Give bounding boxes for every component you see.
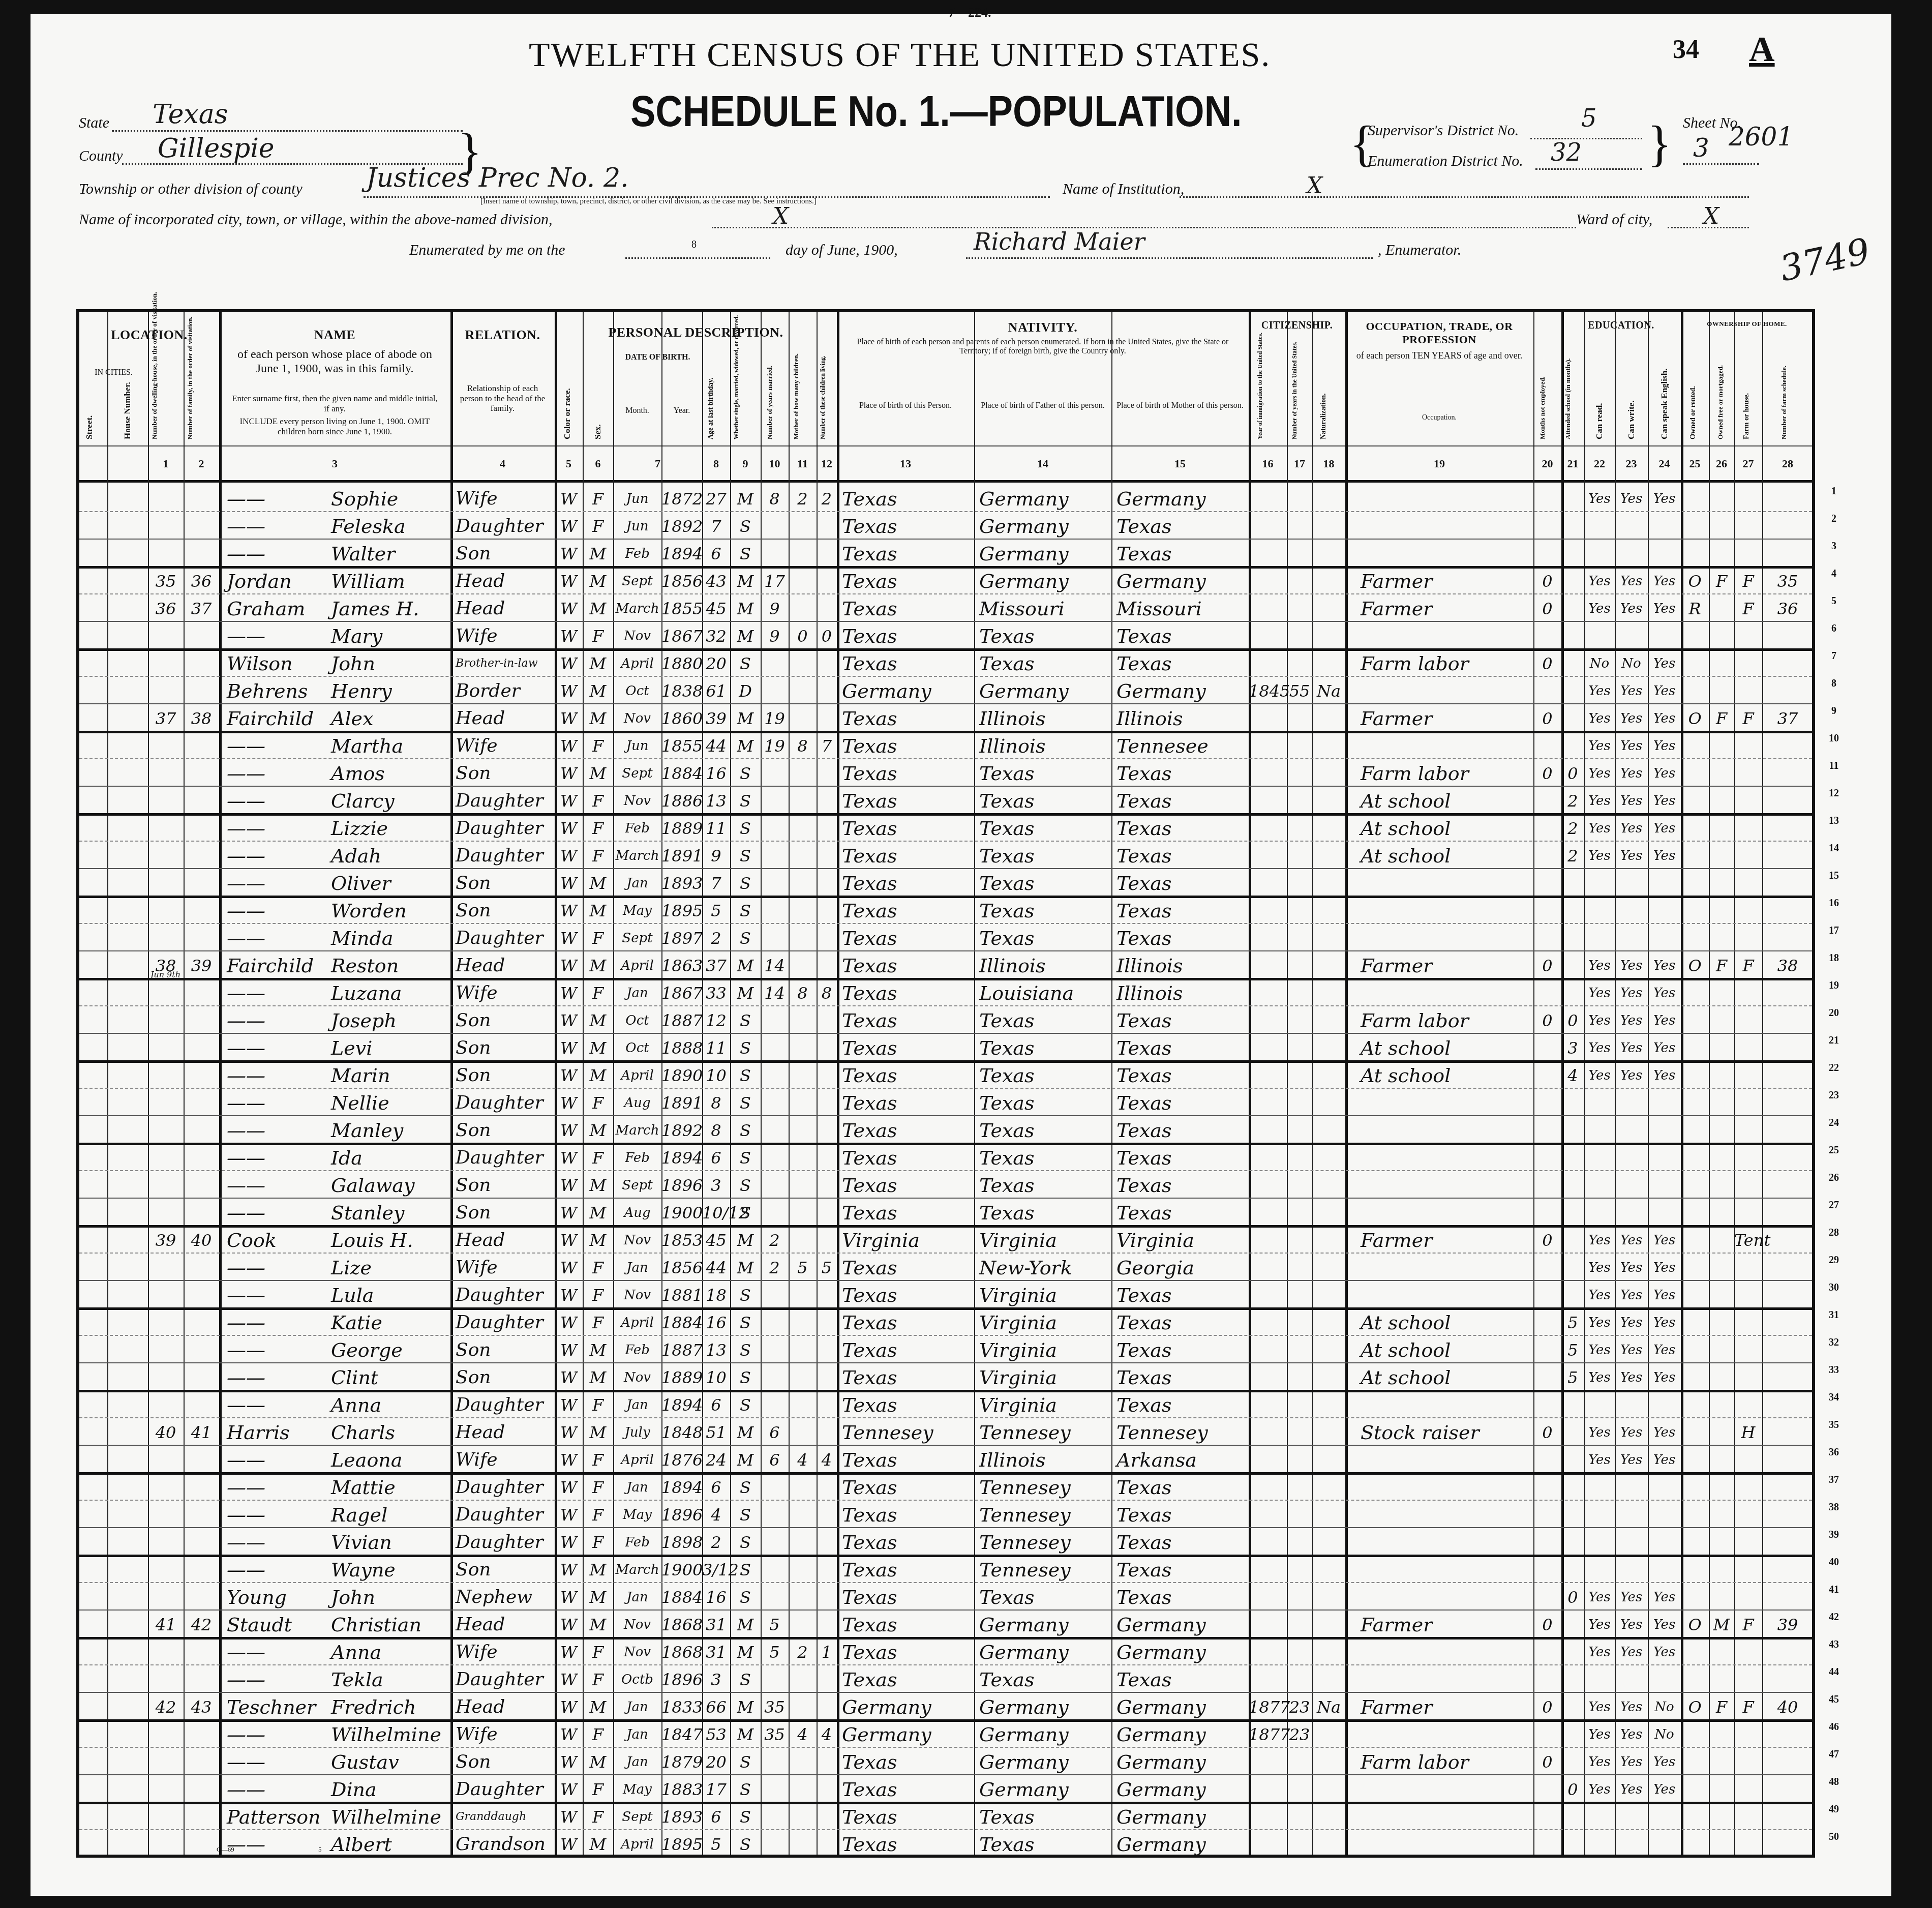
line-number: 27 (1821, 1200, 1847, 1211)
line-number: 18 (1821, 952, 1847, 964)
can-speak-english-header: Can speak English. (1659, 348, 1670, 439)
location-header: LOCATION. (79, 327, 219, 343)
name-instruction-2: INCLUDE every person living on June 1, 1… (232, 416, 438, 436)
can-write-header: Can write. (1626, 389, 1637, 439)
colnum-5: 5 (555, 457, 583, 470)
nativity-header: NATIVITY. (837, 320, 1249, 335)
supervisor-line (1530, 135, 1642, 139)
enumerator-label: , Enumerator. (1378, 242, 1461, 259)
supervisor-value: 5 (1581, 104, 1597, 133)
line-number: 43 (1821, 1639, 1847, 1651)
line-number: 40 (1821, 1557, 1847, 1568)
colnum-26: 26 (1709, 457, 1734, 470)
line-number: 20 (1821, 1007, 1847, 1019)
marital-header: Whether single, married, widowed, or div… (733, 348, 740, 439)
line-number: 44 (1821, 1666, 1847, 1678)
line-number: 25 (1821, 1145, 1847, 1156)
colnum-13: 13 (837, 457, 974, 470)
mother-of-header: Mother of how many children. (792, 348, 800, 439)
colnum-8: 8 (702, 457, 730, 470)
city-label: Name of incorporated city, town, or vill… (79, 211, 553, 228)
line-number: 6 (1821, 623, 1847, 635)
line-number: 37 (1821, 1474, 1847, 1486)
line-number: 1 (1821, 486, 1847, 497)
city-value: X (773, 203, 789, 229)
enumerator-name: Richard Maier (974, 228, 1145, 255)
owned-free-header: Owned free or mortgaged. (1716, 343, 1725, 439)
colnum-11: 11 (789, 457, 817, 470)
farm-house-header: Farm or house. (1743, 363, 1751, 439)
children-living-header: Number of these children living. (819, 348, 827, 439)
colnum-7: 7 (613, 457, 702, 470)
line-number: 32 (1821, 1337, 1847, 1349)
line-number: 5 (1821, 595, 1847, 607)
line-number: 31 (1821, 1309, 1847, 1321)
page-number: 34 (1673, 35, 1699, 65)
state-label: State (79, 114, 109, 132)
nativity-description: Place of birth of each person and parent… (842, 338, 1244, 356)
colnum-14: 14 (974, 457, 1111, 470)
colnum-27: 27 (1734, 457, 1762, 470)
district-brace-right: } (1647, 114, 1672, 173)
immigration-year-header: Year of immigration to the United States… (1256, 348, 1264, 439)
enumerated-prefix: Enumerated by me on the (409, 242, 565, 259)
colnum-10: 10 (761, 457, 789, 470)
schedule-title: SCHEDULE No. 1.—POPULATION. (630, 86, 1242, 137)
sheet-value: 3 (1693, 133, 1709, 163)
month-header: Month. (613, 406, 661, 415)
colnum-28: 28 (1762, 457, 1813, 470)
years-in-us-header: Number of years in the United States. (1291, 348, 1299, 439)
line-number: 14 (1821, 843, 1847, 854)
ward-value: X (1703, 203, 1719, 229)
street-header: Street. (84, 414, 95, 439)
occupation-header: OCCUPATION, TRADE, OR PROFESSION (1348, 320, 1531, 346)
line-number: 19 (1821, 980, 1847, 992)
colnum-15: 15 (1111, 457, 1249, 470)
naturalization-header: Naturalization. (1320, 368, 1328, 439)
color-header: Color or race. (562, 389, 572, 439)
education-header: EDUCATION. (1561, 320, 1681, 332)
institution-value: X (1307, 173, 1322, 199)
colnum-9: 9 (730, 457, 761, 470)
line-number: 47 (1821, 1749, 1847, 1761)
personal-description-header: PERSONAL DESCRIPTION. (555, 325, 837, 340)
page-letter: A (1749, 29, 1775, 70)
house-number-header: House Number. (123, 394, 133, 439)
colnum-25: 25 (1681, 457, 1709, 470)
citizenship-header: CITIZENSHIP. (1249, 320, 1345, 332)
line-number: 21 (1821, 1035, 1847, 1047)
name-header: NAME (219, 327, 450, 343)
colnum-21: 21 (1561, 457, 1584, 470)
colnum-16: 16 (1249, 457, 1287, 470)
day-line (625, 254, 770, 259)
line-number: 39 (1821, 1529, 1847, 1541)
line-number: 30 (1821, 1282, 1847, 1294)
ward-label: Ward of city, (1576, 211, 1652, 228)
sheet-stamp: 2601 (1729, 122, 1793, 152)
colnum-12: 12 (817, 457, 837, 470)
colnum-4: 4 (450, 457, 555, 470)
enumeration-value: 32 (1551, 138, 1582, 167)
line-number: 46 (1821, 1721, 1847, 1733)
relation-header: RELATION. (450, 327, 555, 343)
attended-school-header: Attended school (in months). (1564, 343, 1572, 439)
line-number: 8 (1821, 678, 1847, 690)
occupation-description: of each person TEN YEARS of age and over… (1350, 350, 1528, 361)
line-number: 12 (1821, 788, 1847, 799)
line-number: 17 (1821, 925, 1847, 937)
years-married-header: Number of years married. (766, 348, 774, 439)
colnum-23: 23 (1615, 457, 1648, 470)
colnum-18: 18 (1312, 457, 1345, 470)
farm-schedule-header: Number of farm schedule. (1780, 343, 1788, 439)
dwelling-number-header: Number of dwelling-house, in the order o… (150, 343, 159, 439)
line-number: 50 (1821, 1831, 1847, 1843)
institution-line (1180, 193, 1749, 198)
line-number: 38 (1821, 1502, 1847, 1513)
supervisor-label: Supervisor's District No. (1368, 122, 1519, 139)
form-number: 7—224. (948, 5, 991, 20)
ownership-header: OWNERSHIP OF HOME. (1681, 320, 1813, 328)
line-number: 29 (1821, 1255, 1847, 1266)
name-instruction-1: Enter surname first, then the given name… (232, 394, 438, 413)
line-number: 7 (1821, 650, 1847, 662)
line-number: 35 (1821, 1419, 1847, 1431)
line-number: 49 (1821, 1804, 1847, 1815)
birth-father-header: Place of birth of Father of this person. (979, 401, 1106, 410)
owned-rented-header: Owned or rented. (1689, 358, 1698, 439)
township-value: Justices Prec No. 2. (366, 163, 629, 193)
line-numbers: 1234567891011121314151617181920212223242… (0, 481, 1932, 1854)
county-value: Gillespie (158, 133, 275, 164)
colnum-24: 24 (1648, 457, 1681, 470)
birth-mother-header: Place of birth of Mother of this person. (1116, 401, 1244, 410)
line-number: 22 (1821, 1062, 1847, 1074)
line-number: 4 (1821, 568, 1847, 580)
enumerated-day: 8 (691, 239, 697, 251)
sex-header: Sex. (593, 419, 603, 439)
census-title: TWELFTH CENSUS OF THE UNITED STATES. (529, 35, 1271, 75)
family-number-header: Number of family, in the order of visita… (186, 343, 194, 439)
line-number: 10 (1821, 733, 1847, 744)
age-header: Age at last birthday. (707, 358, 715, 439)
relation-description: Relationship of each person to the head … (456, 383, 550, 413)
line-number: 26 (1821, 1172, 1847, 1184)
township-instruction: [Insert name of township, town, precinct… (480, 197, 817, 206)
line-number: 23 (1821, 1090, 1847, 1101)
line-number: 15 (1821, 870, 1847, 882)
year-header: Year. (661, 406, 702, 415)
months-unemployed-header: Months not employed. (1538, 368, 1547, 439)
colnum-6: 6 (583, 457, 613, 470)
state-value: Texas (153, 99, 228, 130)
township-label: Township or other division of county (79, 181, 303, 198)
colnum-17: 17 (1287, 457, 1312, 470)
birth-person-header: Place of birth of this Person. (842, 401, 969, 410)
line-number: 24 (1821, 1117, 1847, 1129)
institution-label: Name of Institution, (1063, 181, 1184, 198)
enumerated-suffix: day of June, 1900, (786, 242, 898, 259)
line-number: 11 (1821, 760, 1847, 772)
can-read-header: Can read. (1594, 389, 1605, 439)
line-number: 48 (1821, 1776, 1847, 1788)
colnum-22: 22 (1584, 457, 1615, 470)
colnum-3: 3 (219, 457, 450, 470)
enumeration-label: Enumeration District No. (1368, 153, 1523, 170)
occupation-subheader: Occupation. (1350, 414, 1528, 422)
line-number: 9 (1821, 705, 1847, 717)
in-cities-header: IN CITIES. (79, 368, 148, 377)
colnum-rule (79, 445, 1812, 446)
line-number: 42 (1821, 1612, 1847, 1623)
line-number: 2 (1821, 513, 1847, 525)
line-number: 45 (1821, 1694, 1847, 1706)
name-description: of each person whose place of abode on J… (232, 348, 438, 376)
line-number: 16 (1821, 898, 1847, 909)
colnum-19: 19 (1345, 457, 1533, 470)
line-number: 28 (1821, 1227, 1847, 1239)
line-number: 34 (1821, 1392, 1847, 1404)
line-number: 13 (1821, 815, 1847, 827)
county-label: County (79, 147, 123, 165)
line-number: 3 (1821, 541, 1847, 552)
colnum-20: 20 (1533, 457, 1561, 470)
colnum-2: 2 (184, 457, 219, 470)
colnum-1: 1 (148, 457, 184, 470)
dob-header: DATE OF BIRTH. (613, 353, 702, 362)
line-number: 36 (1821, 1447, 1847, 1458)
line-number: 41 (1821, 1584, 1847, 1596)
line-number: 33 (1821, 1364, 1847, 1376)
